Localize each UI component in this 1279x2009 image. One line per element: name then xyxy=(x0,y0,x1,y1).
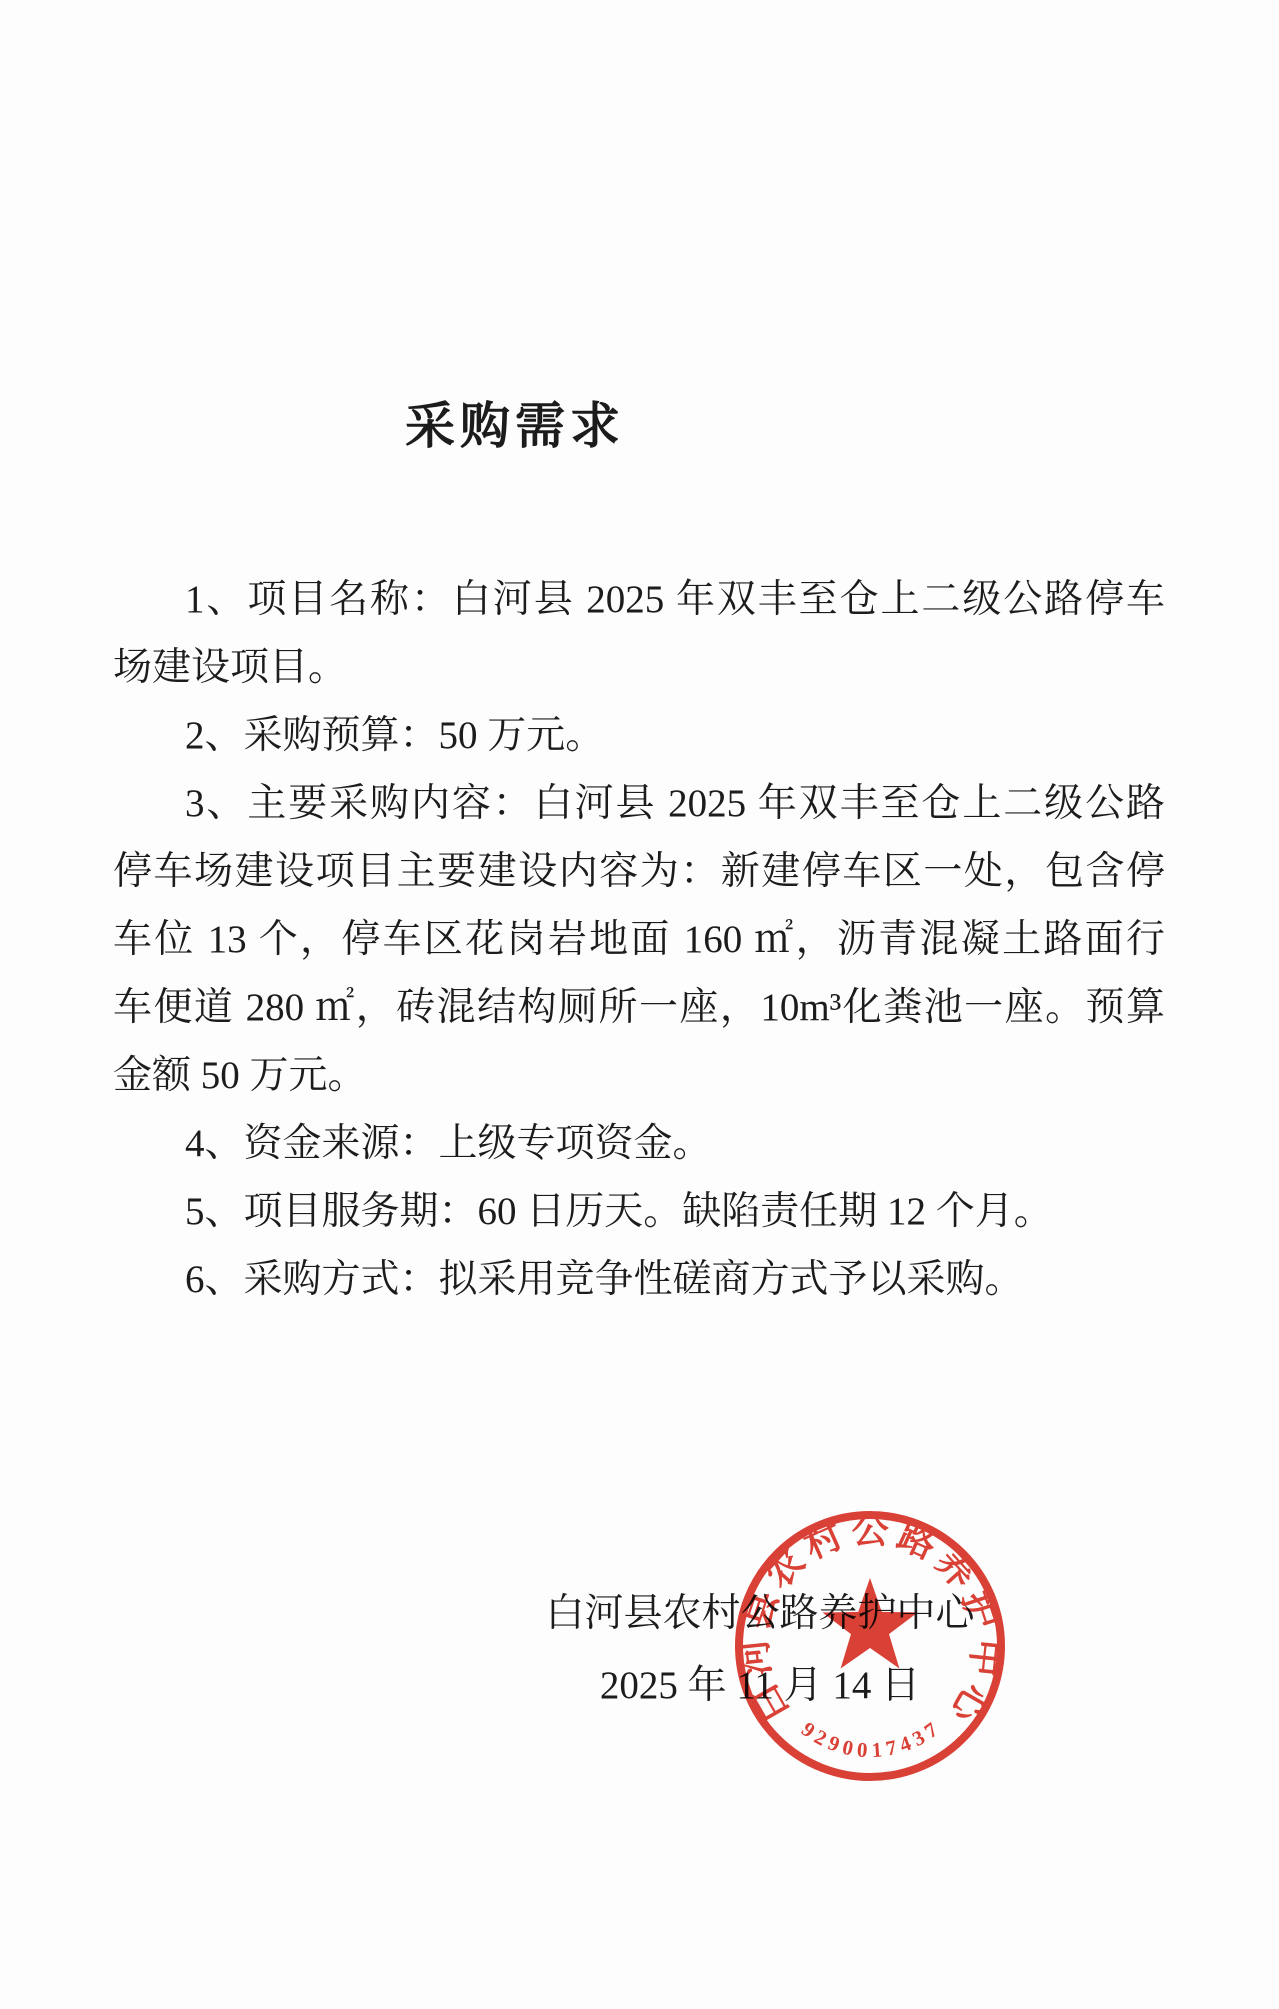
star-icon xyxy=(822,1578,917,1668)
paragraph-line: 1、项目名称：白河县 2025 年双丰至仓上二级公路停车 xyxy=(113,566,1165,634)
document-body: 1、项目名称：白河县 2025 年双丰至仓上二级公路停车场建设项目。2、采购预算… xyxy=(113,566,1165,1314)
document-title: 采购需求 xyxy=(0,386,1030,458)
paragraph-line: 车位 13 个，停车区花岗岩地面 160 ㎡，沥青混凝土路面行 xyxy=(113,906,1165,974)
paragraph-line: 5、项目服务期：60 日历天。缺陷责任期 12 个月。 xyxy=(113,1178,1165,1246)
seal-code-text: 9290017437 xyxy=(797,1717,942,1762)
paragraph-line: 车便道 280 ㎡，砖混结构厕所一座，10m³化粪池一座。预算 xyxy=(113,974,1165,1042)
paragraph-line: 2、采购预算：50 万元。 xyxy=(113,702,1165,770)
paragraph-line: 金额 50 万元。 xyxy=(113,1042,1165,1110)
paragraph-line: 6、采购方式：拟采用竞争性磋商方式予以采购。 xyxy=(113,1246,1165,1314)
paragraph-line: 停车场建设项目主要建设内容为：新建停车区一处，包含停 xyxy=(113,838,1165,906)
official-seal: 白河县农村公路养护中心 9290017437 xyxy=(720,1496,1020,1796)
document-page: 采购需求 1、项目名称：白河县 2025 年双丰至仓上二级公路停车场建设项目。2… xyxy=(0,0,1279,2009)
paragraph-line: 4、资金来源：上级专项资金。 xyxy=(113,1110,1165,1178)
paragraph-line: 场建设项目。 xyxy=(113,634,1165,702)
paragraph-line: 3、主要采购内容：白河县 2025 年双丰至仓上二级公路 xyxy=(113,770,1165,838)
